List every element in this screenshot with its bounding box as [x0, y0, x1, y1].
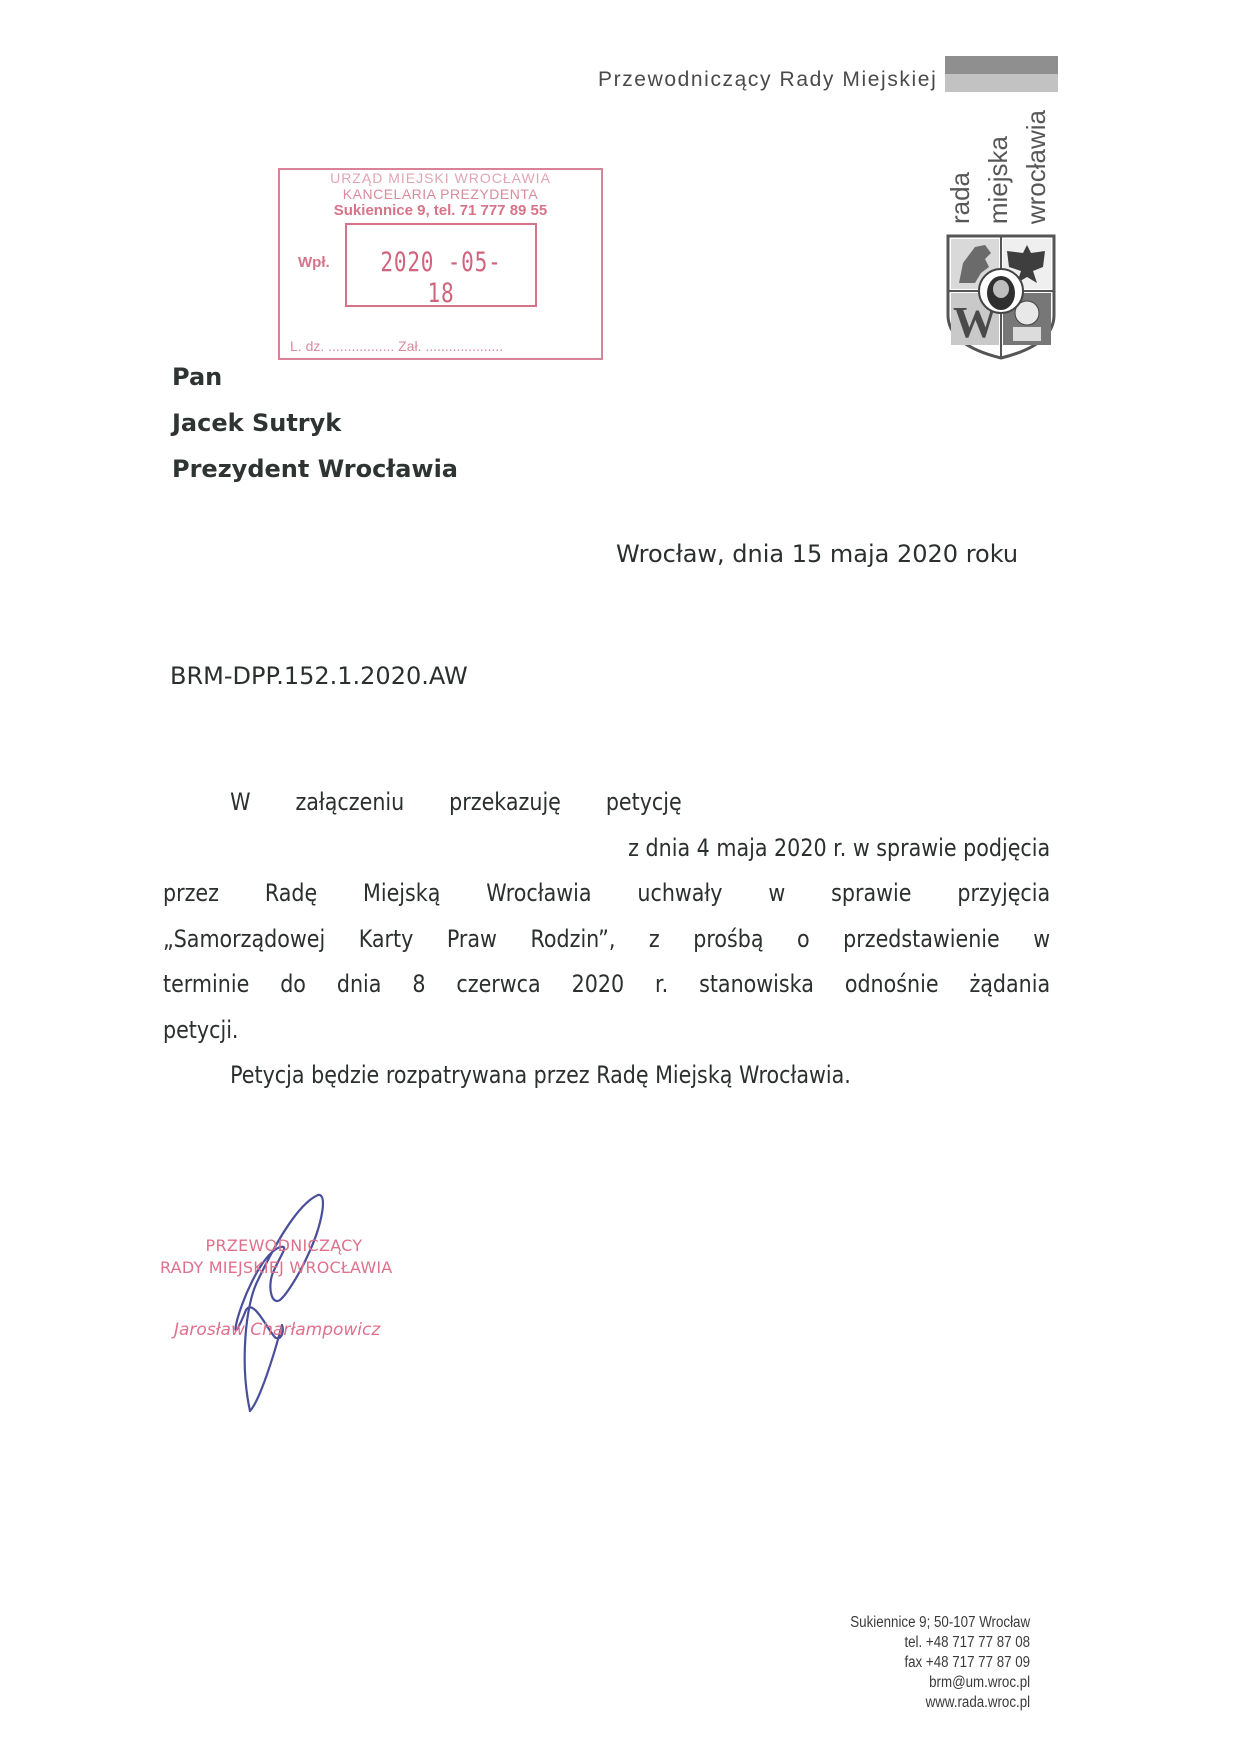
body-line-3: przezRadęMiejskąWrocławiauchwaływsprawie… [163, 871, 1050, 917]
place-date: Wrocław, dnia 15 maja 2020 roku [616, 540, 1018, 568]
letter-body: Wzałączeniuprzekazujępetycję z dnia 4 ma… [163, 780, 1050, 1099]
body-word: prośbą [693, 917, 763, 963]
body-word: 8 [412, 962, 425, 1008]
letterhead-title: Przewodniczący Rady Miejskiej [598, 68, 934, 92]
body-word: Karty [359, 917, 414, 963]
body-line-5: terminiedodnia8czerwca2020r.stanowiskaod… [163, 962, 1050, 1008]
body-word: do [280, 962, 306, 1008]
body-line-4: „SamorządowejKartyPrawRodzin”,zprośbąopr… [163, 917, 1050, 963]
footer-email[interactable]: brm@um.wroc.pl [850, 1673, 1030, 1693]
body-line-2: z dnia 4 maja 2020 r. w sprawie podjęcia [163, 826, 1050, 872]
logo-wordmark: rada miejska wrocławia [945, 94, 1058, 224]
recipient-salutation: Pan [172, 354, 458, 400]
body-line-6: petycji. [163, 1008, 1050, 1054]
body-line-7: Petycja będzie rozpatrywana przez Radę M… [163, 1053, 1117, 1099]
body-word: petycji. [163, 1008, 238, 1054]
body-word: załączeniu [295, 780, 404, 826]
body-word: czerwca [456, 962, 540, 1008]
body-word: petycję [606, 780, 682, 826]
body-word: przez [163, 871, 219, 917]
body-word: przedstawienie [843, 917, 1000, 963]
body-word: o [797, 917, 810, 963]
logo-word-miejska: miejska [985, 136, 1011, 224]
body-word: w [768, 871, 785, 917]
body-word: z dnia 4 maja 2020 r. w sprawie podjęcia [628, 826, 1050, 872]
footer-website[interactable]: www.rada.wroc.pl [850, 1693, 1030, 1713]
body-word: dnia [337, 962, 382, 1008]
body-word: przekazuję [449, 780, 561, 826]
body-word: sprawie [831, 871, 911, 917]
stamp-received-date: 2020 -05- 18 [368, 247, 515, 309]
body-word: Praw [447, 917, 497, 963]
stamp-department: KANCELARIA PREZYDENTA [280, 186, 601, 202]
stamp-address: Sukiennice 9, tel. 71 777 89 55 [280, 202, 601, 219]
logo-word-rada: rada [947, 172, 973, 224]
body-word: Rodzin”, [530, 917, 615, 963]
recipient-name: Jacek Sutryk [172, 400, 458, 446]
signatory-name: Jarosław Charłampowicz [174, 1320, 420, 1340]
footer-phone: tel. +48 717 77 87 08 [850, 1633, 1030, 1653]
recipient-title: Prezydent Wrocławia [172, 446, 458, 492]
stamp-registry-line: L. dz. ................. Zał. ..........… [290, 338, 593, 354]
body-word: odnośnie [845, 962, 939, 1008]
reference-number: BRM-DPP.152.1.2020.AW [170, 662, 468, 690]
body-word: w [1033, 917, 1050, 963]
body-word: z [649, 917, 660, 963]
body-word: terminie [163, 962, 249, 1008]
logo-word-wroclawia: wrocławia [1023, 110, 1049, 224]
body-word: stanowiska [699, 962, 814, 1008]
body-word: Petycja będzie rozpatrywana przez Radę M… [230, 1053, 851, 1099]
stamp-date-box: 2020 -05- 18 [345, 223, 537, 307]
footer-fax: fax +48 717 77 87 09 [850, 1653, 1030, 1673]
reception-stamp: URZĄD MIEJSKI WROCŁAWIA KANCELARIA PREZY… [278, 168, 603, 360]
stamp-office: URZĄD MIEJSKI WROCŁAWIA [280, 170, 601, 186]
footer-contact: Sukiennice 9; 50-107 Wrocław tel. +48 71… [850, 1613, 1030, 1713]
stamp-received-label: Wpł. [298, 254, 330, 271]
body-word: Miejską [363, 871, 440, 917]
body-word: „Samorządowej [163, 917, 325, 963]
signature-title-line-2: RADY MIEJSKIEJ WROCŁAWIA [160, 1258, 420, 1277]
body-word: uchwały [637, 871, 722, 917]
body-word: Wrocławia [486, 871, 591, 917]
signature-stamp: PRZEWODNICZĄCY RADY MIEJSKIEJ WROCŁAWIA … [160, 1236, 420, 1340]
body-word: W [230, 780, 250, 826]
signature-title-line-1: PRZEWODNICZĄCY [154, 1236, 414, 1255]
recipient-block: Pan Jacek Sutryk Prezydent Wrocławia [172, 354, 458, 492]
body-line-1: Wzałączeniuprzekazujępetycję [163, 780, 682, 826]
body-word: przyjęcia [957, 871, 1050, 917]
body-word: Radę [265, 871, 317, 917]
footer-address: Sukiennice 9; 50-107 Wrocław [850, 1613, 1030, 1633]
body-word: 2020 [572, 962, 625, 1008]
wroclaw-coat-of-arms-icon: W [945, 233, 1057, 361]
body-word: r. [655, 962, 668, 1008]
body-word: żądania [969, 962, 1050, 1008]
logo-bar [945, 56, 1058, 92]
